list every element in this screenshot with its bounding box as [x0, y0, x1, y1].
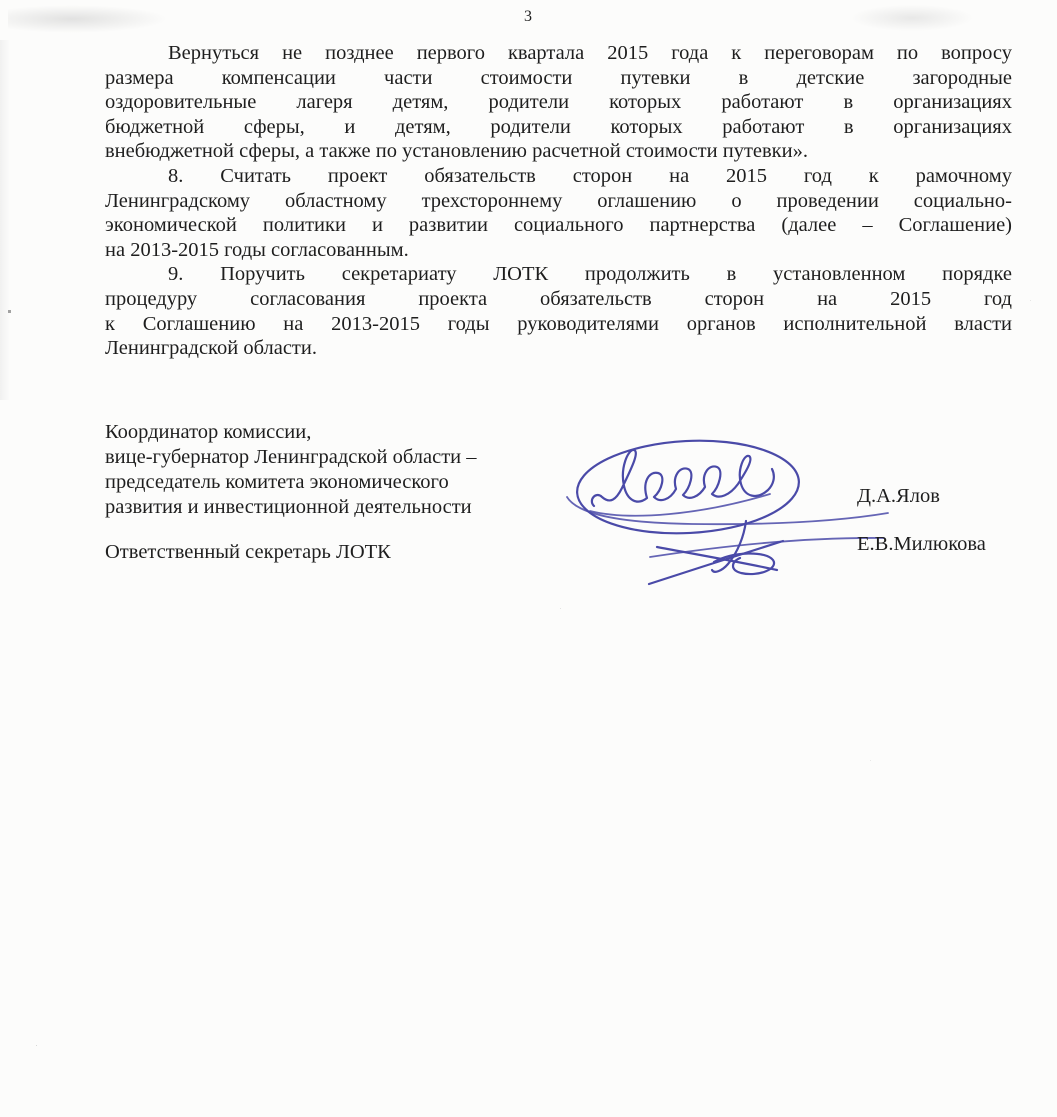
scan-smudge-left-edge: [0, 40, 10, 400]
body-line: внебюджетной сферы, а также по установле…: [105, 139, 1012, 164]
signatory-role-secretary: Ответственный секретарь ЛОТК: [105, 540, 605, 565]
body-line: бюджетной сферы, и детям, родители котор…: [105, 115, 1012, 140]
body-line: 9. Поручить секретариату ЛОТК продолжить…: [105, 262, 1012, 287]
body-line: 8. Считать проект обязательств сторон на…: [105, 164, 1012, 189]
signatory-name-yalov: Д.А.Ялов: [857, 485, 940, 508]
role-line: Координатор комиссии,: [105, 420, 605, 445]
role-line: вице-губернатор Ленинградской области –: [105, 445, 605, 470]
handwritten-signatures: [556, 425, 900, 605]
body-line: процедуру согласования проекта обязатель…: [105, 287, 1012, 312]
page-number: 3: [0, 8, 1057, 26]
document-page: 3 Вернуться не позднее первого квартала …: [0, 0, 1057, 1117]
role-line: развития и инвестиционной деятельности: [105, 495, 605, 520]
body-line: оздоровительные лагеря детям, родители к…: [105, 90, 1012, 115]
signatory-name-milyukova: Е.В.Милюкова: [857, 533, 986, 556]
body-line: к Соглашению на 2013-2015 годы руководит…: [105, 312, 1012, 337]
signature-yalov-icon: [567, 435, 888, 538]
body-line: Ленинградскому областному трехстороннему…: [105, 189, 1012, 214]
body-line: Ленинградской области.: [105, 336, 1012, 361]
role-line: Ответственный секретарь ЛОТК: [105, 540, 605, 565]
signatory-role-coordinator: Координатор комиссии,вице-губернатор Лен…: [105, 420, 605, 520]
role-line: председатель комитета экономического: [105, 470, 605, 495]
signature-milyukova-icon: [649, 521, 884, 584]
body-line: Вернуться не позднее первого квартала 20…: [105, 41, 1012, 66]
body-line: экономической политики и развитии социал…: [105, 213, 1012, 238]
document-body: Вернуться не позднее первого квартала 20…: [105, 41, 1012, 361]
body-line: на 2013-2015 годы согласованным.: [105, 238, 1012, 263]
scan-specks: [0, 0, 1, 1]
body-line: размера компенсации части стоимости путе…: [105, 66, 1012, 91]
